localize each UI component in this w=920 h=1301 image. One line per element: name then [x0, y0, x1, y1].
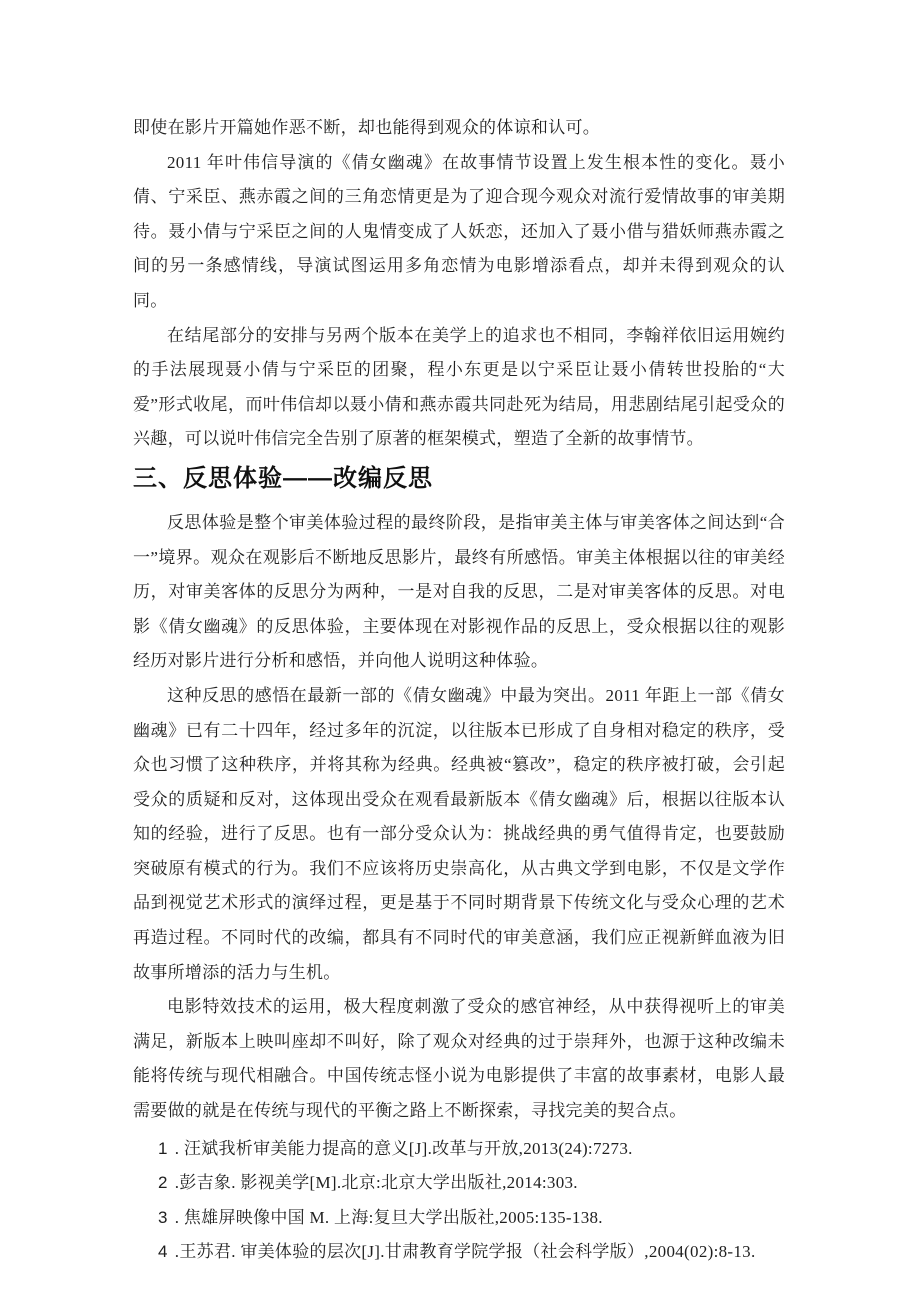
reference-text: . 焦雄屏映像中国 M. 上海:复旦大学出版社,2005:135-138.: [175, 1208, 603, 1227]
body-paragraph-2: 2011 年叶伟信导演的《倩女幽魂》在故事情节设置上发生根本性的变化。聂小倩、宁…: [133, 146, 785, 319]
reference-item: 2.彭吉象. 影视美学[M].北京:北京大学出版社,2014:303.: [158, 1166, 785, 1201]
body-paragraph-3: 在结尾部分的安排与另两个版本在美学上的追求也不相同，李翰祥依旧运用婉约的手法展现…: [133, 319, 785, 457]
document-page: 即使在影片开篇她作恶不断，却也能得到观众的体谅和认可。 2011 年叶伟信导演的…: [0, 0, 920, 1301]
body-paragraph-6: 电影特效技术的运用，极大程度刺激了受众的感官神经，从中获得视听上的审美满足，新版…: [133, 990, 785, 1128]
body-paragraph-4: 反思体验是整个审美体验过程的最终阶段，是指审美主体与审美客体之间达到“合一”境界…: [133, 506, 785, 679]
reference-list: 1. 汪斌我析审美能力提高的意义[J].改革与开放,2013(24):7273.…: [133, 1132, 785, 1270]
reference-number: 2: [158, 1173, 168, 1192]
reference-item: 4.王苏君. 审美体验的层次[J].甘肃教育学院学报（社会科学版）,2004(0…: [158, 1235, 785, 1270]
reference-number: 4: [158, 1242, 168, 1261]
reference-text: .王苏君. 审美体验的层次[J].甘肃教育学院学报（社会科学版）,2004(02…: [175, 1242, 756, 1261]
reference-item: 1. 汪斌我析审美能力提高的意义[J].改革与开放,2013(24):7273.: [158, 1132, 785, 1167]
body-paragraph-5: 这种反思的感悟在最新一部的《倩女幽魂》中最为突出。2011 年距上一部《倩女幽魂…: [133, 679, 785, 990]
reference-text: .彭吉象. 影视美学[M].北京:北京大学出版社,2014:303.: [175, 1173, 578, 1192]
reference-number: 1: [158, 1139, 168, 1158]
body-paragraph-1: 即使在影片开篇她作恶不断，却也能得到观众的体谅和认可。: [133, 111, 785, 146]
section-heading: 三、反思体验——改编反思: [133, 462, 785, 496]
reference-text: . 汪斌我析审美能力提高的意义[J].改革与开放,2013(24):7273.: [175, 1139, 633, 1158]
reference-number: 3: [158, 1208, 168, 1227]
reference-item: 3. 焦雄屏映像中国 M. 上海:复旦大学出版社,2005:135-138.: [158, 1201, 785, 1236]
